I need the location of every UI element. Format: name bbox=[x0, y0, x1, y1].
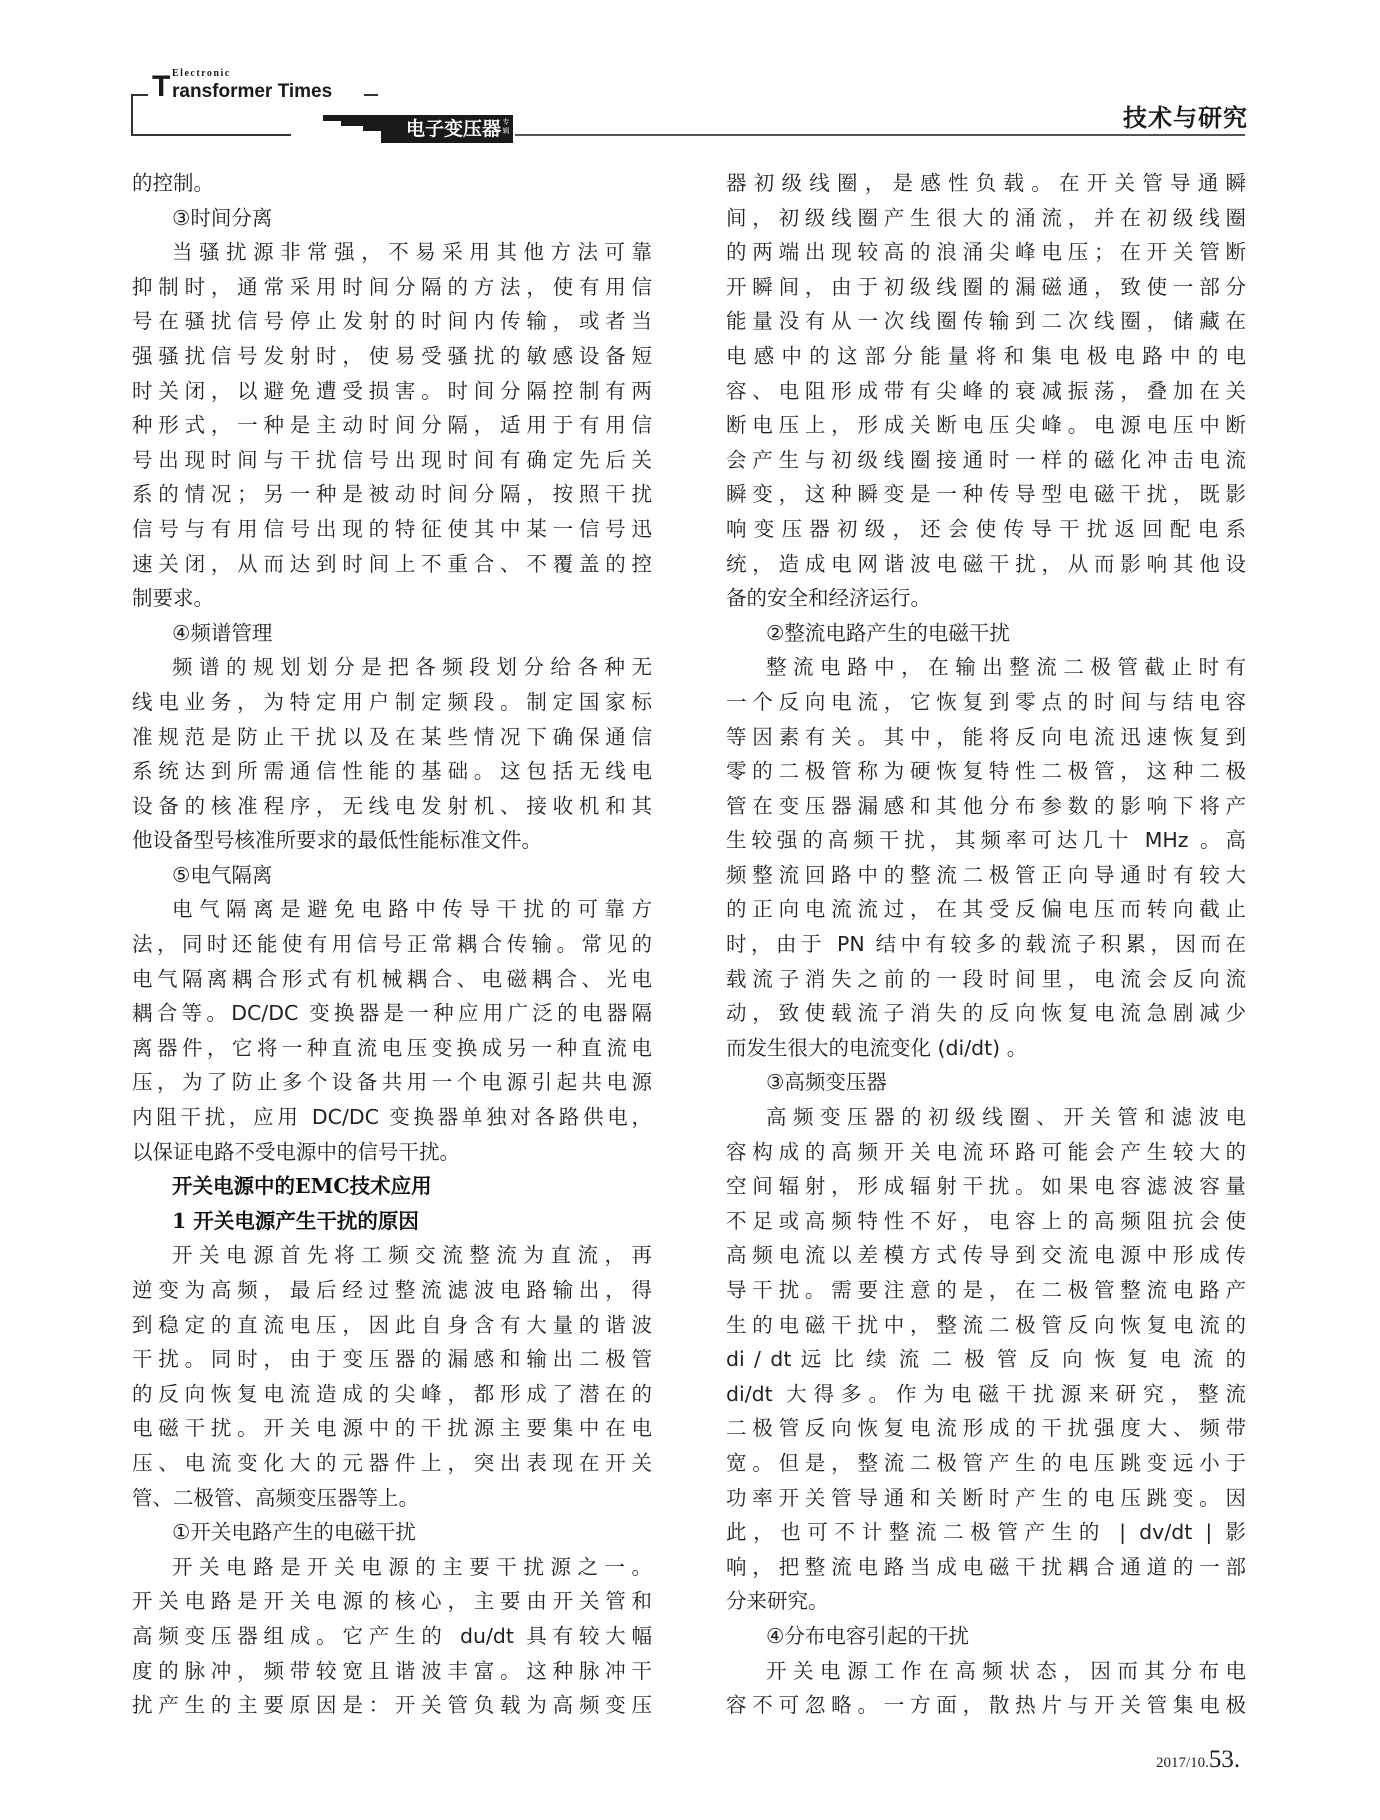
text-line: 压，为了防止多个设备共用一个电源引起共电源 bbox=[132, 1065, 652, 1100]
text-line: 的正向电流流过，在其受反偏电压而转向截止 bbox=[726, 892, 1246, 927]
section-heading: ③高频变压器 bbox=[726, 1065, 1246, 1100]
text-line: 当骚扰源非常强，不易采用其他方法可靠 bbox=[132, 235, 652, 270]
text-line: 干扰。同时，由于变压器的漏感和输出二极管 bbox=[132, 1342, 652, 1377]
text-line: 准规范是防止干扰以及在某些情况下确保通信 bbox=[132, 720, 652, 755]
banner-tag: 专辑 bbox=[501, 118, 511, 136]
header-rule bbox=[364, 94, 378, 96]
section-heading: ④分布电容引起的干扰 bbox=[726, 1619, 1246, 1654]
banner-title: 电子变压器 bbox=[393, 116, 501, 142]
text-line: 导干扰。需要注意的是，在二极管整流电路产 bbox=[726, 1273, 1246, 1308]
logo-big-letter: T bbox=[152, 72, 170, 102]
text-line: 耦合等。DC/DC 变换器是一种应用广泛的电器隔 bbox=[132, 996, 652, 1031]
text-line: 一个反向电流，它恢复到零点的时间与结电容 bbox=[726, 685, 1246, 720]
text-line: 空间辐射，形成辐射干扰。如果电容滤波容量 bbox=[726, 1169, 1246, 1204]
text-line: 生的电磁干扰中，整流二极管反向恢复电流的 bbox=[726, 1308, 1246, 1343]
header-rule bbox=[515, 134, 1245, 136]
text-line: 管、二极管、高频变压器等上。 bbox=[132, 1481, 652, 1516]
text-line: 断电压上，形成关断电压尖峰。电源电压中断 bbox=[726, 408, 1246, 443]
text-line: 到稳定的直流电压，因此自身含有大量的谐波 bbox=[132, 1308, 652, 1343]
text-line: 系的情况；另一种是被动时间分隔，按照干扰 bbox=[132, 477, 652, 512]
text-line: 高频变压器的初级线圈、开关管和滤波电 bbox=[726, 1100, 1246, 1135]
text-line: 开关电源首先将工频交流整流为直流，再 bbox=[132, 1238, 652, 1273]
section-heading: 1 开关电源产生干扰的原因 bbox=[132, 1204, 652, 1239]
section-heading: ③时间分离 bbox=[132, 201, 652, 236]
section-heading: 开关电源中的EMC技术应用 bbox=[132, 1169, 652, 1204]
text-line: 内阻干扰，应用 DC/DC 变换器单独对各路供电， bbox=[132, 1100, 652, 1135]
logo-electronic: Electronic bbox=[172, 68, 231, 79]
text-line: 种形式，一种是主动时间分隔，适用于有用信 bbox=[132, 408, 652, 443]
text-line: 扰产生的主要原因是：开关管负载为高频变压 bbox=[132, 1688, 652, 1723]
text-line: 备的安全和经济运行。 bbox=[726, 581, 1246, 616]
logo-title: ransformer Times bbox=[172, 82, 332, 102]
text-line: 以保证电路不受电源中的信号干扰。 bbox=[132, 1135, 652, 1170]
text-line: 电磁干扰。开关电源中的干扰源主要集中在电 bbox=[132, 1411, 652, 1446]
text-line: 动，致使载流子消失的反向恢复电流急剧减少 bbox=[726, 996, 1246, 1031]
text-line: 频整流回路中的整流二极管正向导通时有较大 bbox=[726, 858, 1246, 893]
text-line: 容构成的高频开关电流环路可能会产生较大的 bbox=[726, 1135, 1246, 1170]
text-line: 会产生与初级线圈接通时一样的磁化冲击电流 bbox=[726, 443, 1246, 478]
text-line: 法，同时还能使有用信号正常耦合传输。常见的 bbox=[132, 927, 652, 962]
text-line: 开瞬间，由于初级线圈的漏磁通，致使一部分 bbox=[726, 270, 1246, 305]
text-line: 逆变为高频，最后经过整流滤波电路输出，得 bbox=[132, 1273, 652, 1308]
section-heading: ②整流电路产生的电磁干扰 bbox=[726, 616, 1246, 651]
text-line: 容不可忽略。一方面，散热片与开关管集电极 bbox=[726, 1688, 1246, 1723]
text-line: 的反向恢复电流造成的尖峰，都形成了潜在的 bbox=[132, 1377, 652, 1412]
text-line: 整流电路中，在输出整流二极管截止时有 bbox=[726, 650, 1246, 685]
text-line: 响，把整流电路当成电磁干扰耦合通道的一部 bbox=[726, 1550, 1246, 1585]
text-line: 电气隔离是避免电路中传导干扰的可靠方 bbox=[132, 892, 652, 927]
text-line: 生较强的高频干扰，其频率可达几十 MHz 。高 bbox=[726, 823, 1246, 858]
section-heading: ④频谱管理 bbox=[132, 616, 652, 651]
text-line: 不足或高频特性不好，电容上的高频阻抗会使 bbox=[726, 1204, 1246, 1239]
text-line: 设备的核准程序，无线电发射机、接收机和其 bbox=[132, 789, 652, 824]
page-footer: 2017/10.53. bbox=[1156, 1746, 1240, 1774]
text-line: 开关电路是开关电源的核心，主要由开关管和 bbox=[132, 1584, 652, 1619]
text-line: 统，造成电网谐波电磁干扰，从而影响其他设 bbox=[726, 547, 1246, 582]
text-line: 抑制时，通常采用时间分隔的方法，使有用信 bbox=[132, 270, 652, 305]
text-line: 载流子消失之前的一段时间里，电流会反向流 bbox=[726, 962, 1246, 997]
text-line: 间，初级线圈产生很大的涌流，并在初级线圈 bbox=[726, 201, 1246, 236]
text-line: 时，由于 PN 结中有较多的载流子积累，因而在 bbox=[726, 927, 1246, 962]
text-line: 电感中的这部分能量将和集电极电路中的电 bbox=[726, 339, 1246, 374]
text-line: 瞬变，这种瞬变是一种传导型电磁干扰，既影 bbox=[726, 477, 1246, 512]
text-line: 度的脉冲，频带较宽且谐波丰富。这种脉冲干 bbox=[132, 1654, 652, 1689]
text-line: 开关电路是开关电源的主要干扰源之一。 bbox=[132, 1550, 652, 1585]
text-line: 压、电流变化大的元器件上，突出表现在开关 bbox=[132, 1446, 652, 1481]
left-column: 的控制。③时间分离当骚扰源非常强，不易采用其他方法可靠抑制时，通常采用时间分隔的… bbox=[132, 166, 652, 1723]
header-rule bbox=[131, 94, 148, 96]
page-number: 53. bbox=[1209, 1746, 1240, 1773]
text-line: 能量没有从一次线圈传输到二次线圈，储藏在 bbox=[726, 304, 1246, 339]
text-line: 的两端出现较高的浪涌尖峰电压；在开关管断 bbox=[726, 235, 1246, 270]
text-line: 速关闭，从而达到时间上不重合、不覆盖的控 bbox=[132, 547, 652, 582]
text-line: 的控制。 bbox=[132, 166, 652, 201]
text-line: 号出现时间与干扰信号出现时间有确定先后关 bbox=[132, 443, 652, 478]
section-heading: ①开关电路产生的电磁干扰 bbox=[132, 1515, 652, 1550]
text-line: 信号与有用信号出现的特征使其中某一信号迅 bbox=[132, 512, 652, 547]
issue-date: 2017/10. bbox=[1156, 1755, 1209, 1771]
journal-banner: 电子变压器 专辑 bbox=[323, 115, 513, 143]
text-line: 此，也可不计整流二极管产生的 | dv/dt | 影 bbox=[726, 1515, 1246, 1550]
text-line: 强骚扰信号发射时，使易受骚扰的敏感设备短 bbox=[132, 339, 652, 374]
text-line: 宽。但是，整流二极管产生的电压跳变远小于 bbox=[726, 1446, 1246, 1481]
text-line: 高频电流以差模方式传导到交流电源中形成传 bbox=[726, 1238, 1246, 1273]
text-line: di / dt 远 比 续 流 二 极 管 反 向 恢 复 电 流 的 bbox=[726, 1342, 1246, 1377]
text-line: 等因素有关。其中，能将反向电流迅速恢复到 bbox=[726, 720, 1246, 755]
right-column: 器初级线圈，是感性负载。在开关管导通瞬间，初级线圈产生很大的涌流，并在初级线圈的… bbox=[726, 166, 1246, 1723]
text-line: 分来研究。 bbox=[726, 1584, 1246, 1619]
text-line: 他设备型号核准所要求的最低性能标准文件。 bbox=[132, 823, 652, 858]
header-rule bbox=[131, 134, 291, 136]
text-line: 管在变压器漏感和其他分布参数的影响下将产 bbox=[726, 789, 1246, 824]
text-line: 而发生很大的电流变化 (di/dt) 。 bbox=[726, 1031, 1246, 1066]
text-line: 时关闭，以避免遭受损害。时间分隔控制有两 bbox=[132, 374, 652, 409]
text-line: 号在骚扰信号停止发射的时间内传输，或者当 bbox=[132, 304, 652, 339]
text-line: 制要求。 bbox=[132, 581, 652, 616]
text-line: 二极管反向恢复电流形成的干扰强度大、频带 bbox=[726, 1411, 1246, 1446]
section-heading: ⑤电气隔离 bbox=[132, 858, 652, 893]
text-line: 电气隔离耦合形式有机械耦合、电磁耦合、光电 bbox=[132, 962, 652, 997]
header-bracket bbox=[131, 94, 133, 136]
text-line: 系统达到所需通信性能的基础。这包括无线电 bbox=[132, 754, 652, 789]
journal-logo: T Electronic ransformer Times bbox=[152, 64, 392, 108]
text-line: 离器件，它将一种直流电压变换成另一种直流电 bbox=[132, 1031, 652, 1066]
text-line: 频谱的规划划分是把各频段划分给各种无 bbox=[132, 650, 652, 685]
text-line: 器初级线圈，是感性负载。在开关管导通瞬 bbox=[726, 166, 1246, 201]
text-line: 开关电源工作在高频状态，因而其分布电 bbox=[726, 1654, 1246, 1689]
text-line: 容、电阻形成带有尖峰的衰减振荡，叠加在关 bbox=[726, 374, 1246, 409]
text-line: di/dt 大得多。作为电磁干扰源来研究，整流 bbox=[726, 1377, 1246, 1412]
text-line: 响变压器初级，还会使传导干扰返回配电系 bbox=[726, 512, 1246, 547]
section-label: 技术与研究 bbox=[1123, 98, 1248, 133]
text-line: 线电业务，为特定用户制定频段。制定国家标 bbox=[132, 685, 652, 720]
text-line: 功率开关管导通和关断时产生的电压跳变。因 bbox=[726, 1481, 1246, 1516]
text-line: 高频变压器组成。它产生的 du/dt 具有较大幅 bbox=[132, 1619, 652, 1654]
text-line: 零的二极管称为硬恢复特性二极管，这种二极 bbox=[726, 754, 1246, 789]
